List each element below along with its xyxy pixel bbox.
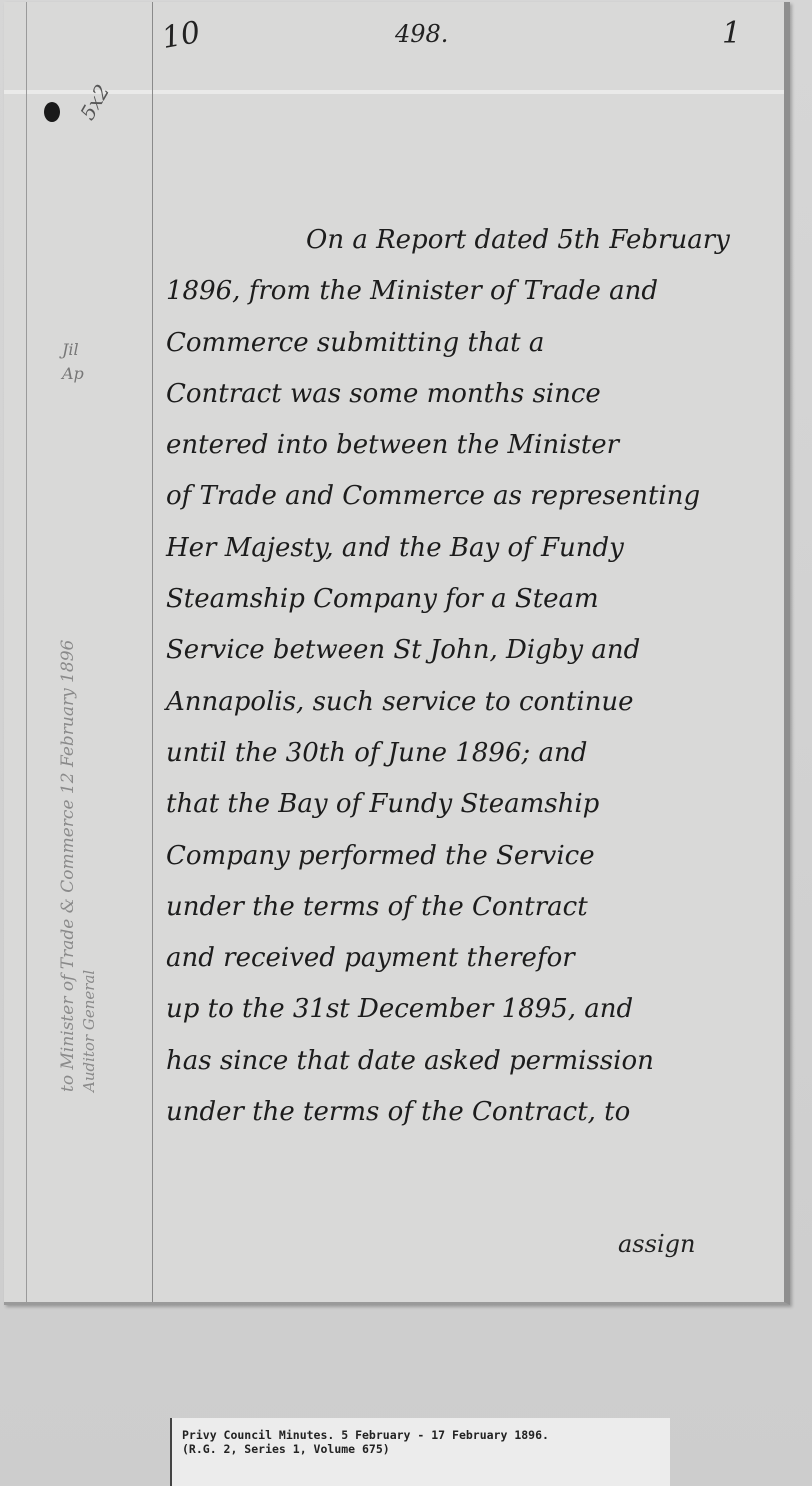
body-line: Commerce submitting that a (166, 318, 786, 369)
body-line: under the terms of the Contract, to (166, 1087, 786, 1138)
initials-line-1: Jil (62, 338, 84, 362)
body-line: up to the 31st December 1895, and (166, 984, 786, 1035)
archive-label-title: Privy Council Minutes. 5 February - 17 F… (182, 1428, 670, 1442)
margin-annotation-vertical-2: Auditor General (80, 970, 98, 1092)
body-line: Company performed the Service (166, 831, 786, 882)
body-line: Service between St John, Digby and (166, 625, 786, 676)
archive-label: Privy Council Minutes. 5 February - 17 F… (170, 1418, 670, 1486)
initials-line-2: Ap (62, 362, 84, 386)
body-line: that the Bay of Fundy Steamship (166, 779, 786, 830)
body-line: Steamship Company for a Steam (166, 574, 786, 625)
margin-rule (152, 2, 153, 1302)
folio-right-number: 1 (722, 16, 741, 51)
catchword: assign (618, 1230, 695, 1258)
body-line: and received payment therefor (166, 933, 786, 984)
margin-annotation-vertical-1: to Minister of Trade & Commerce 12 Febru… (58, 640, 78, 1092)
page-number: 498. (395, 20, 448, 48)
archive-label-reference: (R.G. 2, Series 1, Volume 675) (182, 1442, 670, 1456)
body-line: of Trade and Commerce as representing (166, 471, 786, 522)
page-left-rule (26, 2, 27, 1302)
minute-body: On a Report dated 5th February 1896, fro… (166, 215, 786, 1138)
body-line: until the 30th of June 1896; and (166, 728, 786, 779)
folio-left-number: 10 (159, 15, 203, 56)
body-line: Her Majesty, and the Bay of Fundy (166, 523, 786, 574)
body-line: 1896, from the Minister of Trade and (166, 266, 786, 317)
punch-hole-icon (44, 102, 60, 122)
body-line: under the terms of the Contract (166, 882, 786, 933)
body-line: On a Report dated 5th February (166, 215, 786, 266)
body-line: Contract was some months since (166, 369, 786, 420)
body-line: entered into between the Minister (166, 420, 786, 471)
body-line: Annapolis, such service to continue (166, 677, 786, 728)
body-line: has since that date asked permission (166, 1036, 786, 1087)
margin-initials: Jil Ap (62, 338, 84, 386)
